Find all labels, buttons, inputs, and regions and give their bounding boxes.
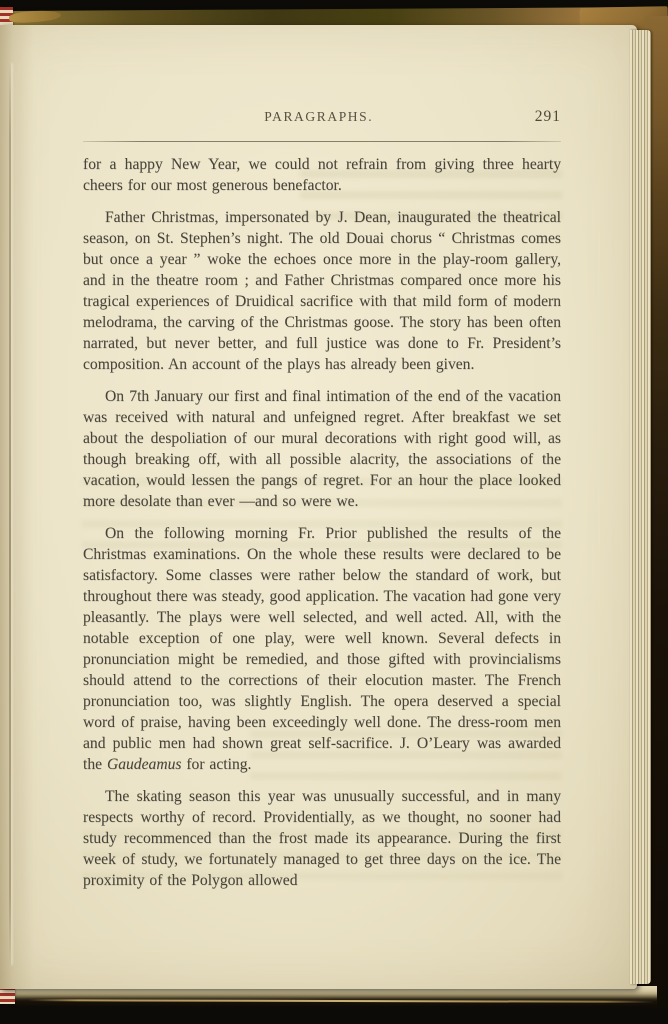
page-edges-bottom: [5, 986, 657, 1006]
book-page: PARAGRAPHS. 291 for a happy New Year, we…: [0, 25, 637, 989]
page-header: PARAGRAPHS. 291: [83, 109, 561, 127]
text-run: On 7th January our first and final intim…: [83, 388, 561, 510]
running-header: PARAGRAPHS.: [264, 109, 373, 125]
text-run: for acting.: [181, 756, 251, 773]
book-scan-photo: PARAGRAPHS. 291 for a happy New Year, we…: [0, 0, 668, 1024]
paragraph: Father Christmas, impersonated by J. Dea…: [83, 207, 561, 375]
paragraph: On 7th January our first and final intim…: [83, 386, 561, 512]
page-number: 291: [535, 108, 561, 126]
paragraph: On the following morning Fr. Prior publi…: [83, 523, 561, 775]
text-run: The skating season this year was unusual…: [83, 788, 561, 889]
gutter-crease: [9, 63, 11, 965]
body-text: for a happy New Year, we could not refra…: [83, 154, 561, 891]
page-edges-right: [630, 30, 651, 984]
text-run: On the following morning Fr. Prior publi…: [83, 525, 561, 773]
paragraph: The skating season this year was unusual…: [83, 786, 561, 891]
headband-bottom: [0, 987, 15, 1004]
gutter-shadow: [0, 25, 34, 989]
paragraph: for a happy New Year, we could not refra…: [83, 154, 561, 196]
text-run: Father Christmas, impersonated by J. Dea…: [83, 209, 561, 373]
text-run: for a happy New Year, we could not refra…: [83, 156, 561, 194]
italic-text-run: Gaudeamus: [107, 756, 182, 773]
header-rule: [83, 141, 561, 142]
text-area: PARAGRAPHS. 291 for a happy New Year, we…: [83, 109, 561, 891]
